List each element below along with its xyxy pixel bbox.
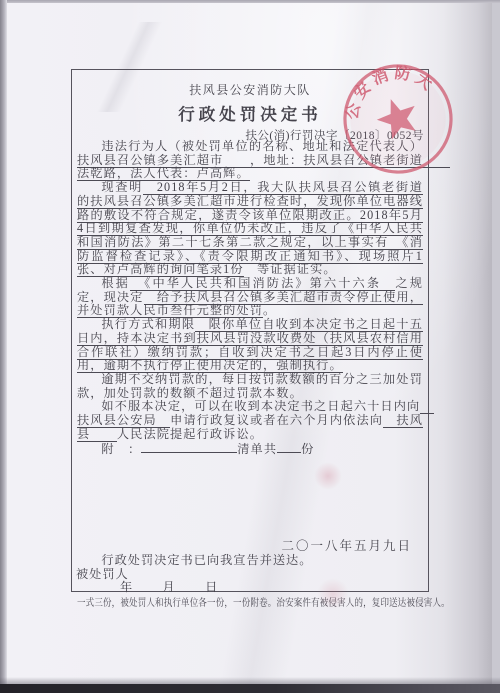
signature-date-blanks: 年 月 日 (120, 578, 219, 595)
paragraph: 附 ：清单共份 (77, 441, 423, 457)
photo-edge-top (0, 0, 500, 3)
paragraph: 如不服本决定，可以在收到本决定书之日起六十日内向 扶风县公安局 申请行政复议或者… (77, 400, 423, 441)
document-photo: 扶风县公安消防大队 行政处罚决定书 扶公(消)行罚决字〔2018〕0052号 违… (0, 0, 500, 693)
template-text: 份 (301, 442, 314, 456)
footer-note: 一式三份，被处罚人和执行单位各一份，一份附卷。治安案件有被侵害人的，复印送达被侵… (77, 594, 450, 609)
document-paper: 扶风县公安消防大队 行政处罚决定书 扶公(消)行罚决字〔2018〕0052号 违… (6, 2, 492, 684)
template-text: 逾期不交纳罚款的，每日按罚款数额的百分之三加处罚款，加处罚款的数额不超过罚款本数… (77, 372, 423, 400)
template-text: 如不服本决定，可以在收到本决定书之日起六十日内向 (101, 399, 420, 413)
served-statement: 行政处罚决定书已向我宣告并送达。 (77, 551, 423, 568)
paragraph: 执行方式和期限 限你单位自收到本决定书之日起十五日内，持本决定书到扶风县罚没款收… (77, 318, 423, 373)
template-text: 执行方式和期限 (101, 317, 195, 331)
paragraph: 逾期不交纳罚款的，每日按罚款数额的百分之三加处罚款，加处罚款的数额不超过罚款本数… (77, 373, 423, 400)
template-text: 。 (263, 303, 276, 317)
template-text: 等证据证实。 (244, 262, 337, 276)
blank-underline (277, 441, 301, 453)
ink-bleed-mark (314, 462, 342, 490)
photo-edge-left (0, 0, 7, 684)
filled-in-text: 《中华人民共和国消防法》第六十六条 (130, 276, 395, 291)
paragraph: 现查明 2018年5月2日，我大队扶风县召公镇老街道的扶风县召公镇多美汇超市进行… (77, 181, 423, 277)
official-seal-stamp-icon: 公安消防大 (328, 49, 468, 189)
template-text: 根据 (101, 276, 130, 290)
blank-underline (141, 441, 237, 453)
template-text: 现查明 (101, 180, 143, 194)
paper-bottom-shadow (0, 677, 500, 684)
ink-bleed-mark (317, 578, 349, 610)
paragraph: 根据 《中华人民共和国消防法》第六十六条 之规定，现决定 给予扶风县召公镇多美汇… (77, 277, 423, 318)
template-text: 附 ： (101, 442, 141, 456)
template-text: 清单共 (237, 442, 277, 456)
template-text: 人民法院提起行政诉讼。 (117, 427, 263, 441)
template-text: 申请行政复议或者在六个月内依法向 (170, 413, 383, 427)
photo-edge-bottom (0, 684, 500, 693)
